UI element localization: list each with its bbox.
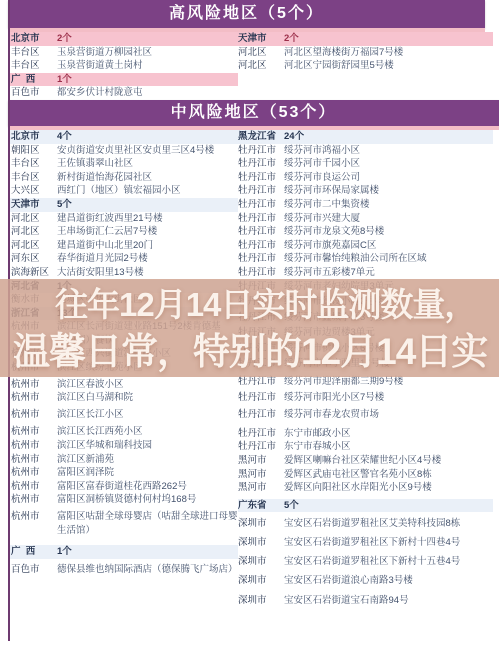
district-label: 丰台区	[11, 46, 49, 60]
risk-area-row: 杭州市富阳区洞桥镇贤德村何村坞168号	[9, 493, 238, 507]
area-address: 绥芬河市龙泉文苑8号楼	[284, 225, 493, 239]
risk-area-row: 丰台区玉泉营街道万柳园社区	[9, 46, 238, 60]
district-label: 河北区	[238, 46, 284, 60]
district-label: 牡丹江市	[238, 157, 284, 171]
district-label: 杭州市	[11, 493, 49, 507]
risk-area-row: 朝阳区安贞街道安贞里社区安贞里三区4号楼	[9, 144, 238, 158]
district-label: 河北区	[11, 212, 49, 226]
risk-area-row: 大兴区西红门（地区）镇宏福园小区	[9, 184, 238, 198]
district-label: 牡丹江市	[238, 184, 284, 198]
risk-area-row: 牡丹江市绥芬河市馨怡纯粮油公司所在区域	[238, 252, 493, 266]
district-label: 杭州市	[11, 408, 49, 422]
area-address: 滨江区长江西苑小区	[57, 425, 238, 439]
high-risk-title: 高风险地区（5个）	[8, 0, 485, 28]
area-address: 新村街道怡海花园社区	[57, 171, 238, 185]
district-label: 深圳市	[238, 594, 284, 608]
risk-area-row: 杭州市滨江区白马湖和院	[9, 391, 238, 405]
area-address: 绥芬河市鸿福小区	[284, 144, 493, 158]
district-label: 牡丹江市	[238, 266, 284, 280]
area-address: 大沽街安阳里13号楼	[57, 266, 238, 280]
district-label: 牡丹江市	[238, 212, 284, 226]
risk-area-row: 河北区王串场街汇仁云居7号楼	[9, 225, 238, 239]
area-address: 爱辉区武庙屯社区警官名苑小区8栋	[284, 468, 493, 482]
district-label: 深圳市	[238, 517, 284, 531]
area-address: 建昌道街中山北里20门	[57, 239, 238, 253]
area-address: 建昌道街红波西里21号楼	[57, 212, 238, 226]
district-label: 杭州市	[11, 425, 49, 439]
risk-area-row: 牡丹江市绥芬河市旗苑嘉园C区	[238, 239, 493, 253]
district-label: 牡丹江市	[238, 375, 284, 389]
district-label: 牡丹江市	[238, 144, 284, 158]
district-label: 滨海新区	[11, 266, 49, 280]
risk-area-row: 黑河市爱辉区向阳社区水岸阳光小区9号楼	[238, 481, 493, 495]
risk-area-row: 河北区建昌道街红波西里21号楼	[9, 212, 238, 226]
district-label: 杭州市	[11, 510, 49, 524]
area-address: 富阳区洞桥镇贤德村何村坞168号	[57, 493, 238, 507]
risk-area-row: 河北区河北区宁园街舒园里5号楼	[238, 59, 493, 73]
risk-area-row: 杭州市滨江区华城和瑞科技园	[9, 439, 238, 453]
area-address: 西红门（地区）镇宏福园小区	[57, 184, 238, 198]
district-label: 牡丹江市	[238, 391, 284, 405]
area-address: 东宁市邮政小区	[284, 427, 493, 441]
risk-area-row: 牡丹江市绥芬河市春龙农贸市场	[238, 408, 493, 422]
district-label: 黑河市	[238, 454, 284, 468]
province-header-row: 广东省5个	[238, 499, 493, 513]
district-label: 天津市	[11, 198, 49, 212]
district-label: 北京市	[11, 32, 49, 46]
risk-area-row: 深圳市宝安区石岩街道宝石南路94号	[238, 594, 493, 608]
risk-area-row: 黑河市爱辉区喇嘛台社区荣耀世纪小区4号楼	[238, 454, 493, 468]
area-address: 绥芬河市二中集资楼	[284, 198, 493, 212]
area-address: 滨江区华城和瑞科技园	[57, 439, 238, 453]
area-address: 富阳区富春街道桂花西路262号	[57, 480, 238, 494]
area-address: 绥芬河市五彩楼7单元	[284, 266, 493, 280]
area-address: 富阳区咕甜全球母婴店（咕甜全球进口母婴生活馆）	[57, 510, 238, 537]
district-label: 黑龙江省	[238, 130, 284, 144]
high-risk-table: 北京市2个丰台区玉泉营街道万柳园社区丰台区玉泉营街道黄土岗村广 西1个百色市都安…	[9, 32, 493, 100]
district-label: 黑河市	[238, 481, 284, 495]
district-label: 北京市	[11, 130, 49, 144]
promo-text-overlay: 往年12月14日实时监测数量， 温馨日常，特别的12月14日实	[0, 279, 499, 377]
area-address: 玉泉营街道万柳园社区	[57, 46, 238, 60]
district-label: 广东省	[238, 499, 284, 513]
area-count: 5个	[284, 499, 493, 513]
province-header-row: 天津市5个	[9, 198, 238, 212]
high-risk-right-column: 天津市2个河北区河北区望海楼街万福园7号楼河北区河北区宁园街舒园里5号楼	[238, 32, 493, 73]
district-label: 黑河市	[238, 468, 284, 482]
high-risk-section: 高风险地区（5个） 北京市2个丰台区玉泉营街道万柳园社区丰台区玉泉营街道黄土岗村…	[0, 0, 499, 100]
risk-area-row: 牡丹江市绥芬河市阳光小区7号楼	[238, 391, 493, 405]
province-header-row: 北京市2个	[9, 32, 238, 46]
risk-area-row: 杭州市滨江区春波小区	[9, 378, 238, 392]
high-risk-left-column: 北京市2个丰台区玉泉营街道万柳园社区丰台区玉泉营街道黄土岗村广 西1个百色市都安…	[9, 32, 238, 100]
district-label: 河北区	[238, 59, 284, 73]
area-address: 富阳区润泽院	[57, 466, 238, 480]
district-label: 广 西	[11, 545, 49, 559]
risk-area-row: 牡丹江市绥芬河市鸿福小区	[238, 144, 493, 158]
risk-area-row: 河北区河北区望海楼街万福园7号楼	[238, 46, 493, 60]
risk-area-row: 深圳市宝安区石岩街道罗租社区下新村十五巷4号	[238, 555, 493, 569]
risk-area-row: 牡丹江市绥芬河市环保局家属楼	[238, 184, 493, 198]
district-label: 牡丹江市	[238, 252, 284, 266]
area-address: 爱辉区喇嘛台社区荣耀世纪小区4号楼	[284, 454, 493, 468]
area-address: 河北区宁园街舒园里5号楼	[284, 59, 493, 73]
risk-area-row: 黑河市爱辉区武庙屯社区警官名苑小区8栋	[238, 468, 493, 482]
district-label: 杭州市	[11, 466, 49, 480]
district-label: 牡丹江市	[238, 408, 284, 422]
district-label: 河北区	[11, 225, 49, 239]
risk-area-row: 百色市德保县维也纳国际酒店（德保腾飞广场店）	[9, 563, 238, 577]
risk-area-row: 牡丹江市绥芬河市迎泽丽都三期9号楼	[238, 375, 493, 389]
risk-area-row: 杭州市富阳区富春街道桂花西路262号	[9, 480, 238, 494]
province-header-row: 黑龙江省24个	[238, 130, 493, 144]
risk-area-row: 牡丹江市绥芬河市二中集资楼	[238, 198, 493, 212]
promo-overlay-line1: 往年12月14日实时监测数量，	[55, 282, 499, 328]
risk-area-row: 丰台区新村街道怡海花园社区	[9, 171, 238, 185]
district-label: 牡丹江市	[238, 225, 284, 239]
area-count: 1个	[57, 545, 238, 559]
area-address: 滨江区白马湖和院	[57, 391, 238, 405]
area-address: 德保县维也纳国际酒店（德保腾飞广场店）	[57, 563, 238, 577]
district-label: 河北区	[11, 239, 49, 253]
district-label: 百色市	[11, 86, 49, 100]
area-count: 5个	[57, 198, 238, 212]
area-address: 绥芬河市兴建大厦	[284, 212, 493, 226]
risk-area-row: 牡丹江市绥芬河市千园小区	[238, 157, 493, 171]
area-address: 宝安区石岩街道罗租社区下新村十五巷4号	[284, 555, 493, 569]
district-label: 丰台区	[11, 59, 49, 73]
area-address: 王佐镇翡翠山社区	[57, 157, 238, 171]
risk-area-row: 杭州市滨江区长江西苑小区	[9, 425, 238, 439]
risk-area-row: 河北区建昌道街中山北里20门	[9, 239, 238, 253]
area-count: 2个	[284, 32, 493, 46]
risk-area-row: 杭州市滨江区新浦苑	[9, 453, 238, 467]
risk-area-row: 牡丹江市绥芬河市五彩楼7单元	[238, 266, 493, 280]
risk-area-row: 牡丹江市东宁市春城小区	[238, 440, 493, 454]
district-label: 杭州市	[11, 378, 49, 392]
area-address: 绥芬河市旗苑嘉园C区	[284, 239, 493, 253]
area-address: 滨江区新浦苑	[57, 453, 238, 467]
area-address: 滨江区春波小区	[57, 378, 238, 392]
area-address: 都安乡伏计村陇意屯	[57, 86, 238, 100]
area-address: 爱辉区向阳社区水岸阳光小区9号楼	[284, 481, 493, 495]
district-label: 牡丹江市	[238, 440, 284, 454]
area-address: 宝安区石岩街道罗租社区下新村十四巷4号	[284, 536, 493, 550]
district-label: 丰台区	[11, 157, 49, 171]
risk-area-row: 深圳市宝安区石岩街道罗租社区下新村十四巷4号	[238, 536, 493, 550]
district-label: 深圳市	[238, 574, 284, 588]
risk-area-row: 牡丹江市东宁市邮政小区	[238, 427, 493, 441]
district-label: 杭州市	[11, 439, 49, 453]
risk-area-row: 牡丹江市绥芬河市龙泉文苑8号楼	[238, 225, 493, 239]
risk-area-row: 杭州市富阳区咕甜全球母婴店（咕甜全球进口母婴生活馆）	[9, 510, 238, 537]
area-count: 2个	[57, 32, 238, 46]
risk-area-row: 百色市都安乡伏计村陇意屯	[9, 86, 238, 100]
risk-area-row: 丰台区玉泉营街道黄土岗村	[9, 59, 238, 73]
district-label: 百色市	[11, 563, 49, 577]
risk-area-row: 牡丹江市绥芬河市兴建大厦	[238, 212, 493, 226]
area-address: 绥芬河市阳光小区7号楼	[284, 391, 493, 405]
district-label: 广 西	[11, 73, 49, 87]
area-address: 王串场街汇仁云居7号楼	[57, 225, 238, 239]
medium-risk-title: 中风险地区（53个）	[8, 100, 499, 126]
province-header-row: 广 西1个	[9, 545, 238, 559]
district-label: 河东区	[11, 252, 49, 266]
area-address: 滨江区长江小区	[57, 408, 238, 422]
area-count: 24个	[284, 130, 493, 144]
area-address: 绥芬河市春龙农贸市场	[284, 408, 493, 422]
area-address: 绥芬河市环保局家属楼	[284, 184, 493, 198]
district-label: 大兴区	[11, 184, 49, 198]
risk-area-row: 深圳市宝安区石岩街道罗租社区艾美特科技园8栋	[238, 517, 493, 531]
risk-area-row: 滨海新区大沽街安阳里13号楼	[9, 266, 238, 280]
area-address: 河北区望海楼街万福园7号楼	[284, 46, 493, 60]
area-address: 春华街道月光园2号楼	[57, 252, 238, 266]
province-header-row: 天津市2个	[238, 32, 493, 46]
risk-area-row: 杭州市富阳区润泽院	[9, 466, 238, 480]
district-label: 牡丹江市	[238, 427, 284, 441]
area-address: 宝安区石岩街道罗租社区艾美特科技园8栋	[284, 517, 493, 531]
area-address: 绥芬河市千园小区	[284, 157, 493, 171]
district-label: 牡丹江市	[238, 198, 284, 212]
risk-area-row: 丰台区王佐镇翡翠山社区	[9, 157, 238, 171]
province-header-row: 广 西1个	[9, 73, 238, 87]
province-header-row: 北京市4个	[9, 130, 238, 144]
risk-area-row: 牡丹江市绥芬河市良运公司	[238, 171, 493, 185]
district-label: 牡丹江市	[238, 171, 284, 185]
area-address: 宝安区石岩街道宝石南路94号	[284, 594, 493, 608]
risk-area-row: 河东区春华街道月光园2号楼	[9, 252, 238, 266]
district-label: 丰台区	[11, 171, 49, 185]
district-label: 杭州市	[11, 480, 49, 494]
area-count: 4个	[57, 130, 238, 144]
area-count: 1个	[57, 73, 238, 87]
promo-overlay-line2: 温馨日常，特别的12月14日实	[13, 328, 499, 376]
area-address: 东宁市春城小区	[284, 440, 493, 454]
area-address: 绥芬河市迎泽丽都三期9号楼	[284, 375, 493, 389]
district-label: 天津市	[238, 32, 284, 46]
area-address: 玉泉营街道黄土岗村	[57, 59, 238, 73]
area-address: 安贞街道安贞里社区安贞里三区4号楼	[57, 144, 238, 158]
district-label: 朝阳区	[11, 144, 49, 158]
district-label: 深圳市	[238, 536, 284, 550]
risk-area-row: 深圳市宝安区石岩街道浪心南路3号楼	[238, 574, 493, 588]
district-label: 深圳市	[238, 555, 284, 569]
risk-area-row: 杭州市滨江区长江小区	[9, 408, 238, 422]
area-address: 宝安区石岩街道浪心南路3号楼	[284, 574, 493, 588]
district-label: 牡丹江市	[238, 239, 284, 253]
district-label: 杭州市	[11, 453, 49, 467]
district-label: 杭州市	[11, 391, 49, 405]
area-address: 绥芬河市馨怡纯粮油公司所在区域	[284, 252, 493, 266]
risk-area-bulletin: 高风险地区（5个） 北京市2个丰台区玉泉营街道万柳园社区丰台区玉泉营街道黄土岗村…	[0, 0, 499, 650]
area-address: 绥芬河市良运公司	[284, 171, 493, 185]
